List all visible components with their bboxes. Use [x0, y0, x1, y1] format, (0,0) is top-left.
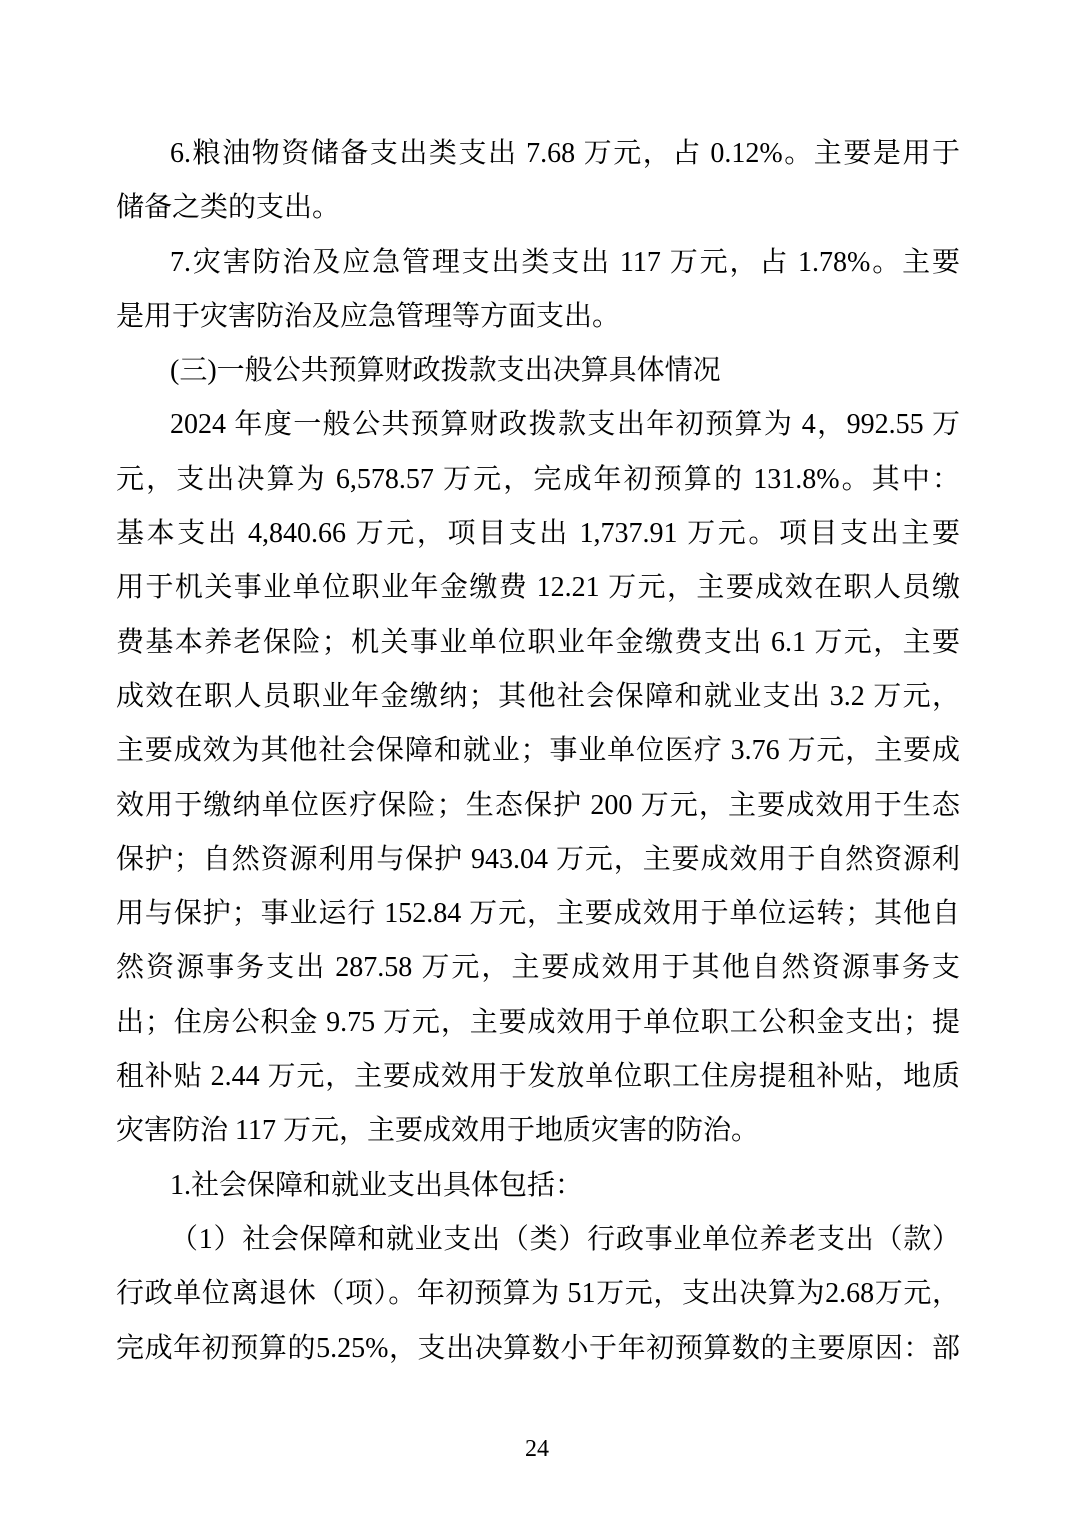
text-line: 元，支出决算为 6,578.57 万元，完成年初预算的 131.8%。其中：	[116, 453, 960, 507]
paragraph-disaster-prevention-expenditure: 7.灾害防治及应急管理支出类支出 117 万元，占 1.78%。主要 是用于灾害…	[116, 236, 960, 345]
paragraph-budget-detail: 2024 年度一般公共预算财政拨款支出年初预算为 4，992.55 万 元，支出…	[116, 398, 960, 1158]
text-line: 储备之类的支出。	[116, 181, 960, 235]
text-line: 保护；自然资源利用与保护 943.04 万元，主要成效用于自然资源利	[116, 833, 960, 887]
text-line: 完成年初预算的5.25%，支出决算数小于年初预算数的主要原因：部	[116, 1322, 960, 1376]
text-line: 租补贴 2.44 万元，主要成效用于发放单位职工住房提租补贴，地质	[116, 1050, 960, 1104]
text-line: 是用于灾害防治及应急管理等方面支出。	[116, 290, 960, 344]
text-line: 7.灾害防治及应急管理支出类支出 117 万元，占 1.78%。主要	[116, 236, 960, 290]
text-line: 用于机关事业单位职业年金缴费 12.21 万元，主要成效在职人员缴	[116, 561, 960, 615]
text-line: 出；住房公积金 9.75 万元，主要成效用于单位职工公积金支出；提	[116, 996, 960, 1050]
text-line: 灾害防治 117 万元，主要成效用于地质灾害的防治。	[116, 1104, 960, 1158]
text-line: 效用于缴纳单位医疗保险；生态保护 200 万元，主要成效用于生态	[116, 779, 960, 833]
document-body: 6.粮油物资储备支出类支出 7.68 万元，占 0.12%。主要是用于 储备之类…	[116, 127, 960, 1376]
text-line: 用与保护；事业运行 152.84 万元，主要成效用于单位运转；其他自	[116, 887, 960, 941]
paragraph-social-security-item-1: （1）社会保障和就业支出（类）行政事业单位养老支出（款） 行政单位离退休（项）。…	[116, 1213, 960, 1376]
text-line: 主要成效为其他社会保障和就业；事业单位医疗 3.76 万元，主要成	[116, 724, 960, 778]
page-number: 24	[0, 1436, 1074, 1463]
text-line: 成效在职人员职业年金缴纳；其他社会保障和就业支出 3.2 万元，	[116, 670, 960, 724]
text-line: 6.粮油物资储备支出类支出 7.68 万元，占 0.12%。主要是用于	[116, 127, 960, 181]
text-line: 行政单位离退休（项）。年初预算为 51万元，支出决算为2.68万元，	[116, 1267, 960, 1321]
text-line: 基本支出 4,840.66 万元，项目支出 1,737.91 万元。项目支出主要	[116, 507, 960, 561]
paragraph-grain-reserve-expenditure: 6.粮油物资储备支出类支出 7.68 万元，占 0.12%。主要是用于 储备之类…	[116, 127, 960, 236]
text-line: 2024 年度一般公共预算财政拨款支出年初预算为 4，992.55 万	[116, 398, 960, 452]
text-line: 费基本养老保险；机关事业单位职业年金缴费支出 6.1 万元，主要	[116, 616, 960, 670]
text-line: （1）社会保障和就业支出（类）行政事业单位养老支出（款）	[116, 1213, 960, 1267]
section-heading: (三)一般公共预算财政拨款支出决算具体情况	[116, 344, 960, 398]
section-heading-text: (三)一般公共预算财政拨款支出决算具体情况	[116, 344, 960, 398]
paragraph-social-security-intro: 1.社会保障和就业支出具体包括：	[116, 1159, 960, 1213]
text-line: 1.社会保障和就业支出具体包括：	[116, 1159, 960, 1213]
text-line: 然资源事务支出 287.58 万元，主要成效用于其他自然资源事务支	[116, 941, 960, 995]
